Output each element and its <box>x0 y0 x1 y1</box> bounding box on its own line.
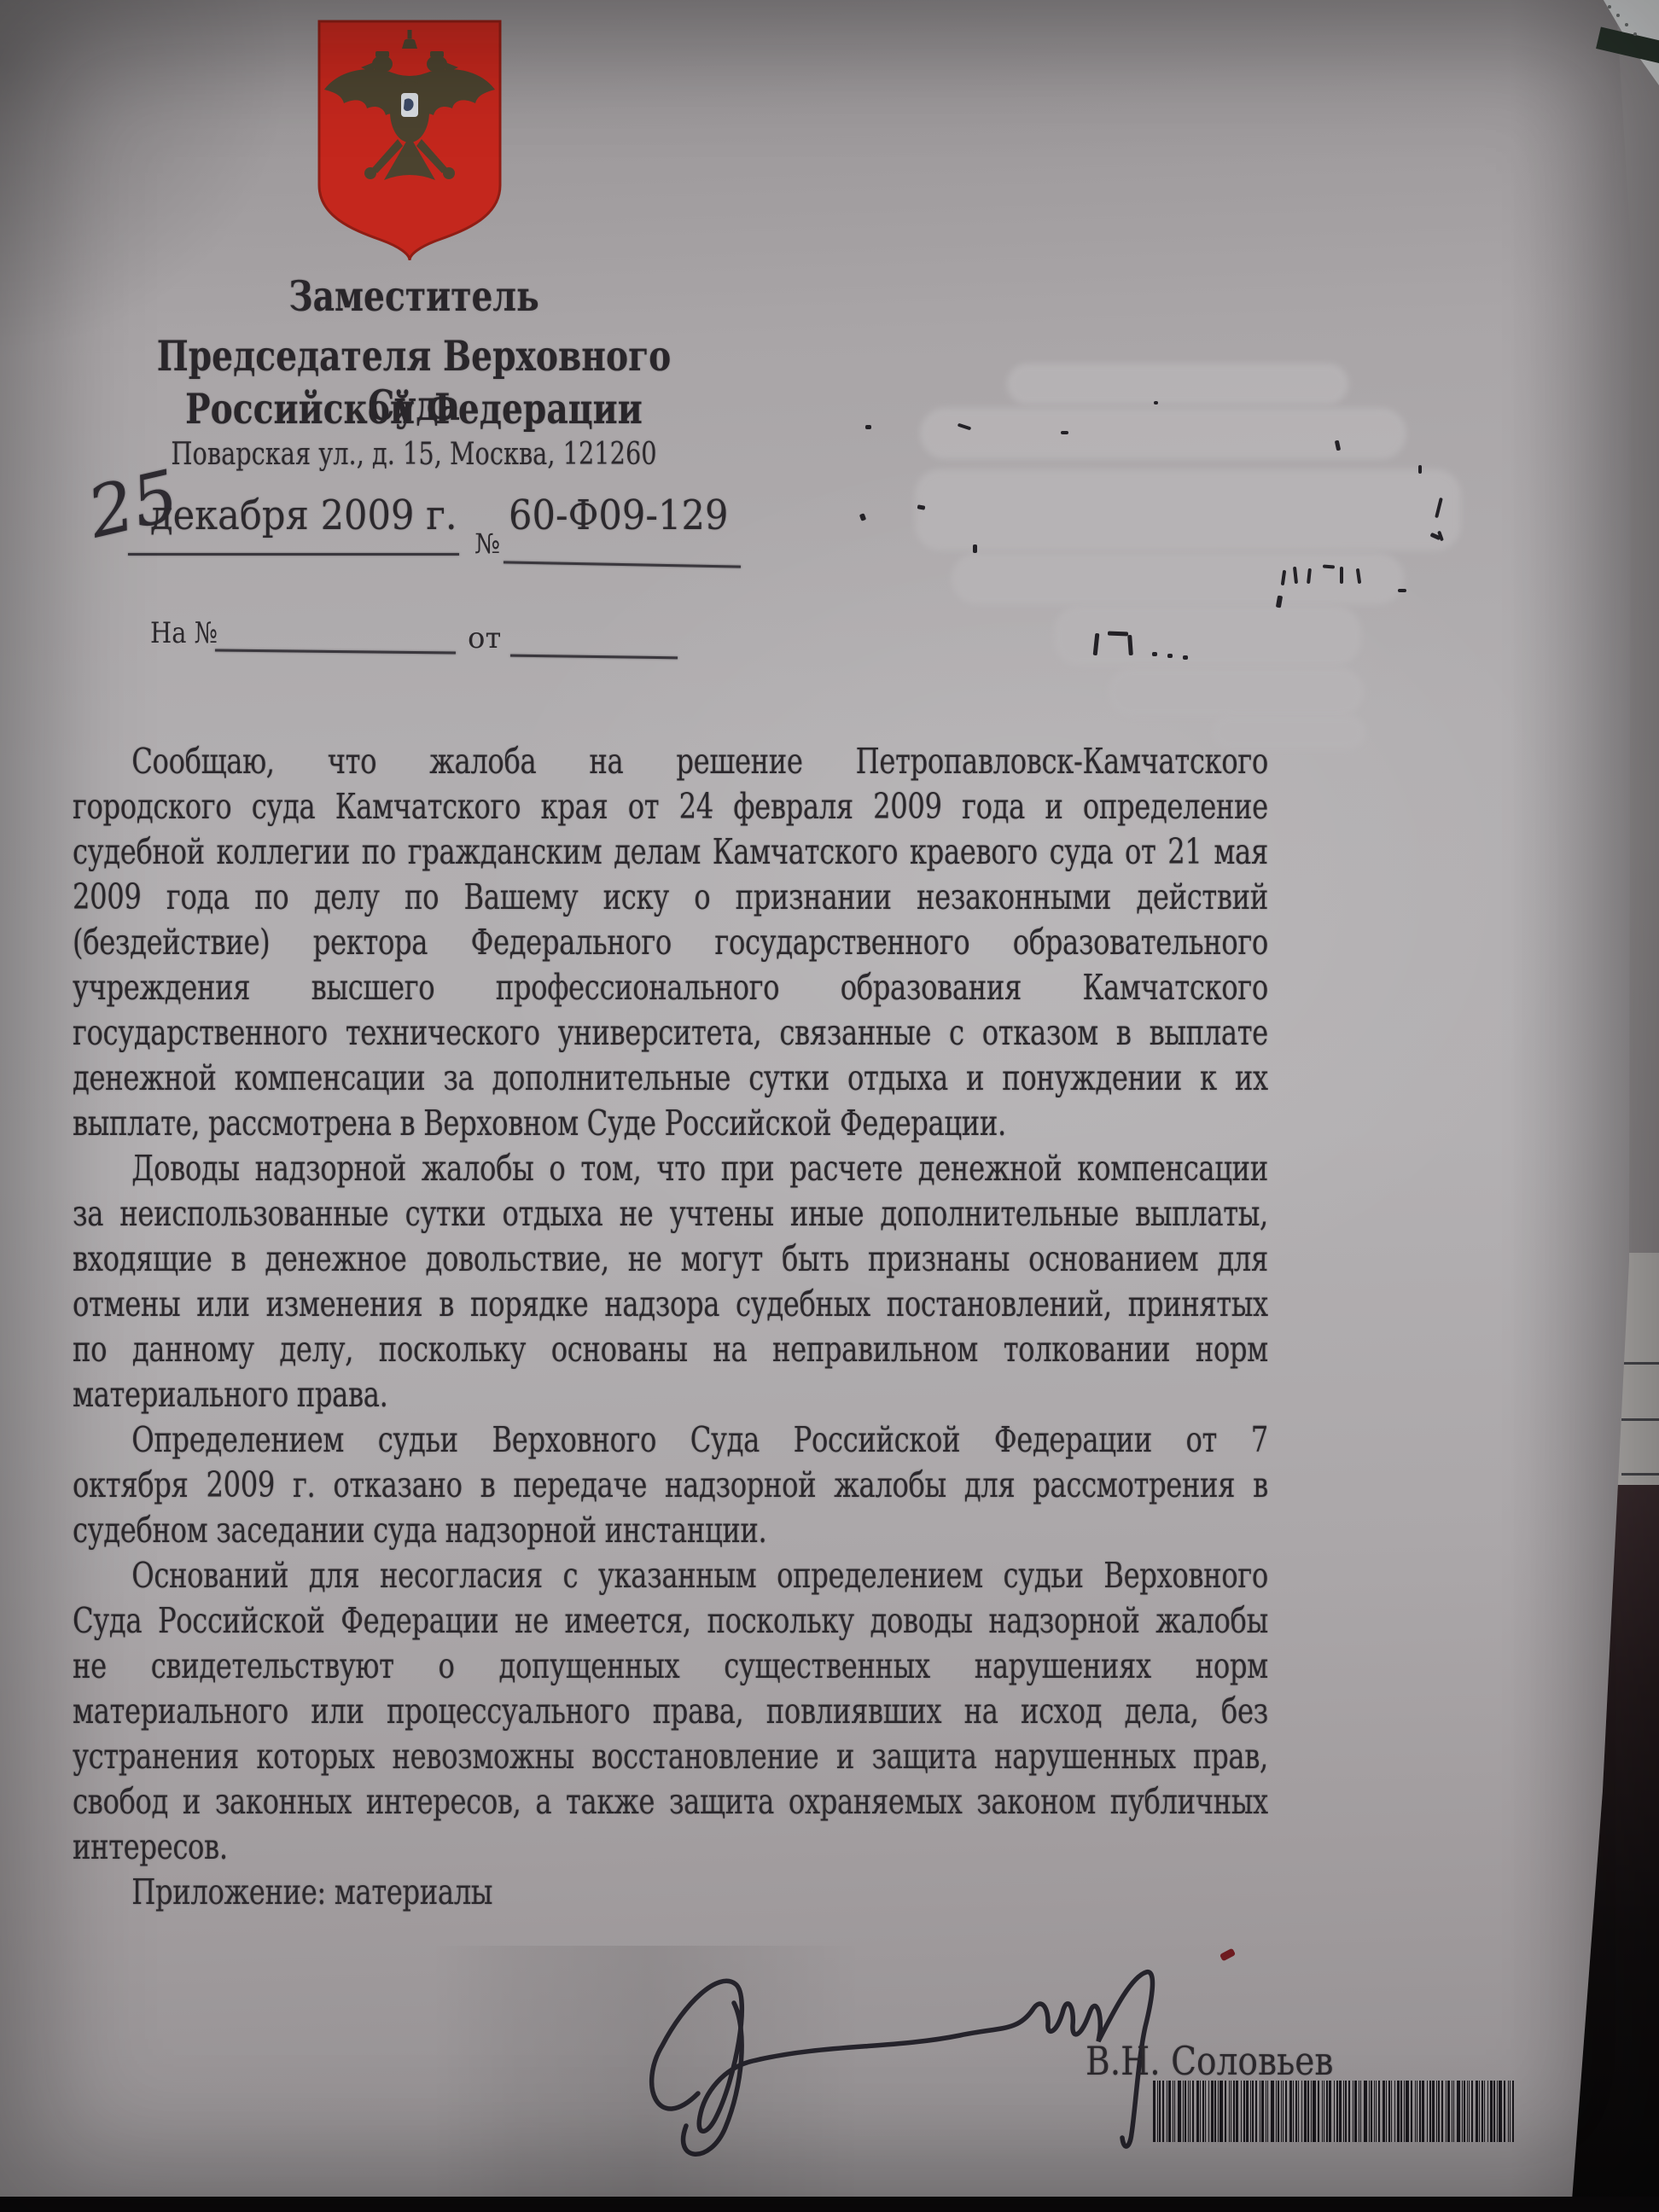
redaction-smudge <box>915 469 1461 550</box>
barcode-bar <box>1369 2081 1370 2142</box>
barcode-bar <box>1476 2081 1478 2142</box>
barcode-bar <box>1174 2081 1175 2142</box>
ink-remnant <box>1167 654 1173 658</box>
barcode-bar <box>1411 2081 1412 2142</box>
barcode-bar <box>1285 2081 1287 2142</box>
barcode-bar <box>1397 2081 1400 2142</box>
barcode-bar <box>1301 2081 1302 2142</box>
barcode-bar <box>1295 2081 1297 2142</box>
perforation-dot <box>1616 14 1620 17</box>
barcode-bar <box>1508 2081 1509 2142</box>
barcode-bar <box>1453 2081 1454 2142</box>
barcode-bar <box>1233 2081 1235 2142</box>
barcode-bar <box>1364 2081 1367 2142</box>
barcode-bar <box>1246 2081 1249 2142</box>
reference-from-underline <box>510 655 678 660</box>
barcode-bar <box>1457 2081 1460 2142</box>
barcode-bar <box>1168 2081 1171 2142</box>
reference-underline <box>215 649 456 655</box>
barcode-bar <box>1225 2081 1226 2142</box>
barcode-bar <box>1313 2081 1316 2142</box>
ink-remnant <box>1418 465 1422 474</box>
barcode-bar <box>1464 2081 1465 2142</box>
barcode-bar <box>1200 2081 1201 2142</box>
russia-coat-of-arms-icon <box>314 17 505 263</box>
barcode-bar <box>1311 2081 1312 2142</box>
date-underline <box>128 553 459 556</box>
barcode-bar <box>1271 2081 1274 2142</box>
barcode-bar <box>1394 2081 1395 2142</box>
barcode-bar <box>1267 2081 1268 2142</box>
barcode-bar <box>1324 2081 1324 2142</box>
barcode-bar <box>1490 2081 1493 2142</box>
ink-remnant <box>1398 589 1406 592</box>
redaction-smudge <box>1108 667 1364 717</box>
barcode-bar <box>1304 2081 1307 2142</box>
barcode-bar <box>1208 2081 1209 2142</box>
barcode-bar <box>1493 2081 1495 2142</box>
ink-remnant <box>865 425 871 429</box>
barcode-bar <box>1429 2081 1431 2142</box>
body-line: Оснований для несогласия с указанным опр… <box>73 1553 1268 1598</box>
ink-remnant <box>1152 652 1157 656</box>
barcode-bar <box>1359 2081 1359 2142</box>
barcode <box>1153 2081 1523 2142</box>
barcode-bar <box>1334 2081 1335 2142</box>
barcode-bar <box>1391 2081 1392 2142</box>
barcode-bar <box>1266 2081 1266 2142</box>
barcode-bar <box>1481 2081 1483 2142</box>
ink-remnant <box>1108 632 1128 637</box>
barcode-bar <box>1231 2081 1231 2142</box>
barcode-bar <box>1446 2081 1447 2142</box>
perforation-dot <box>1608 5 1611 9</box>
redaction-smudge <box>1007 364 1348 405</box>
perforation-dot <box>1633 32 1637 36</box>
barcode-bar <box>1438 2081 1440 2142</box>
body-line: выплате, рассмотрена в Верховном Суде Ро… <box>73 1101 1268 1146</box>
body-line: входящие в денежное довольствие, не могу… <box>73 1237 1268 1282</box>
body-line: по данному делу, поскольку основаны на н… <box>73 1327 1268 1372</box>
barcode-bar <box>1422 2081 1424 2142</box>
barcode-bar <box>1298 2081 1299 2142</box>
ink-remnant <box>1340 567 1343 584</box>
barcode-bar <box>1329 2081 1331 2142</box>
barcode-bar <box>1318 2081 1319 2142</box>
redaction-smudge <box>952 553 1404 604</box>
barcode-bar <box>1441 2081 1443 2142</box>
barcode-bar <box>1211 2081 1214 2142</box>
barcode-bar <box>1452 2081 1452 2142</box>
barcode-bar <box>1419 2081 1421 2142</box>
barcode-bar <box>1276 2081 1277 2142</box>
barcode-bar <box>1415 2081 1416 2142</box>
letterhead-title-line1: Заместитель <box>120 271 707 321</box>
barcode-bar <box>1188 2081 1189 2142</box>
barcode-bar <box>1400 2081 1402 2142</box>
barcode-bar <box>1153 2081 1155 2142</box>
barcode-bar <box>1512 2081 1514 2142</box>
body-line: интересов. <box>73 1825 1268 1870</box>
barcode-bar <box>1196 2081 1199 2142</box>
body-line: государственного технического университе… <box>73 1010 1268 1056</box>
body-line: судебной коллегии по гражданским делам К… <box>73 829 1268 875</box>
barcode-bar <box>1190 2081 1190 2142</box>
body-line: Определением судьи Верховного Суда Росси… <box>73 1417 1268 1463</box>
body-line: денежной компенсации за дополнительные с… <box>73 1056 1268 1101</box>
notebook-corner <box>1584 0 1659 85</box>
barcode-bar <box>1261 2081 1264 2142</box>
barcode-bar <box>1374 2081 1375 2142</box>
signer-name: В.Н. Соловьев <box>1086 2038 1333 2084</box>
body-line: материального права. <box>73 1372 1268 1417</box>
number-sign: № <box>474 527 500 560</box>
barcode-bar <box>1484 2081 1485 2142</box>
barcode-bar <box>1499 2081 1502 2142</box>
barcode-bar <box>1205 2081 1206 2142</box>
barcode-bar <box>1220 2081 1223 2142</box>
barcode-bar <box>1417 2081 1417 2142</box>
barcode-bar <box>1293 2081 1294 2142</box>
barcode-bar <box>1386 2081 1387 2142</box>
barcode-bar <box>1348 2081 1350 2142</box>
barcode-bar <box>1236 2081 1238 2142</box>
barcode-bar <box>1354 2081 1357 2142</box>
ink-remnant <box>859 513 866 521</box>
barcode-bar <box>1339 2081 1342 2142</box>
body-line: свобод и законных интересов, а также защ… <box>73 1779 1268 1825</box>
body-line: учреждения высшего профессионального обр… <box>73 965 1268 1010</box>
perforation-dot <box>1625 23 1628 26</box>
barcode-bar <box>1167 2081 1167 2142</box>
body-line: Доводы надзорной жалобы о том, что при р… <box>73 1146 1268 1191</box>
barcode-bar <box>1218 2081 1219 2142</box>
barcode-bar <box>1471 2081 1473 2142</box>
barcode-bar <box>1326 2081 1328 2142</box>
body-line: устранения которых невозможны восстановл… <box>73 1734 1268 1779</box>
barcode-bar <box>1185 2081 1186 2142</box>
barcode-bar <box>1214 2081 1216 2142</box>
date-printed: декабря 2009 г. <box>150 492 457 539</box>
photo-bottom-edge <box>0 2197 1659 2212</box>
notepad-rule-line <box>1621 1473 1659 1476</box>
barcode-bar <box>1336 2081 1338 2142</box>
barcode-bar <box>1432 2081 1435 2142</box>
body-line: Суда Российской Федерации не имеется, по… <box>73 1598 1268 1644</box>
barcode-bar <box>1479 2081 1480 2142</box>
barcode-bar <box>1157 2081 1158 2142</box>
redaction-smudge <box>1054 606 1361 666</box>
body-line: (бездействие) ректора Федерального госуд… <box>73 920 1268 965</box>
barcode-bar <box>1436 2081 1437 2142</box>
ink-remnant <box>1183 655 1188 660</box>
letter-body: Сообщаю, что жалоба на решение Петропавл… <box>73 739 1268 1915</box>
barcode-bar <box>1192 2081 1194 2142</box>
reference-from-label: от <box>468 621 501 655</box>
barcode-bar <box>1378 2081 1380 2142</box>
body-line: не свидетельствуют о допущенных существе… <box>73 1644 1268 1689</box>
barcode-bar <box>1229 2081 1230 2142</box>
redaction-smudge <box>920 408 1406 459</box>
body-line: Сообщаю, что жалоба на решение Петропавл… <box>73 739 1268 784</box>
barcode-bar <box>1406 2081 1409 2142</box>
ink-remnant <box>973 544 977 553</box>
body-line: 2009 года по делу по Вашему иску о призн… <box>73 875 1268 920</box>
letter-paper: Заместитель Председателя Верховного Суда… <box>0 0 1659 2212</box>
barcode-bar <box>1252 2081 1254 2142</box>
barcode-bar <box>1376 2081 1377 2142</box>
barcode-bar <box>1159 2081 1161 2142</box>
barcode-bar <box>1462 2081 1463 2142</box>
ink-remnant <box>1154 401 1158 405</box>
barcode-bar <box>1289 2081 1292 2142</box>
barcode-bar <box>1447 2081 1450 2142</box>
barcode-bar <box>1243 2081 1245 2142</box>
barcode-bar <box>1250 2081 1251 2142</box>
barcode-bar <box>1202 2081 1204 2142</box>
letterhead-title-line3: Российской Федерации <box>120 384 707 434</box>
barcode-bar <box>1388 2081 1390 2142</box>
body-line: отмены или изменения в порядке надзора с… <box>73 1282 1268 1327</box>
barcode-bar <box>1382 2081 1385 2142</box>
barcode-bar <box>1404 2081 1405 2142</box>
barcode-bar <box>1504 2081 1505 2142</box>
barcode-bar <box>1487 2081 1488 2142</box>
barcode-bar <box>1353 2081 1353 2142</box>
reference-label: На № <box>150 616 218 650</box>
barcode-bar <box>1283 2081 1284 2142</box>
body-line: Приложение: материалы <box>73 1870 1268 1915</box>
notepad-rule-line <box>1621 1418 1659 1421</box>
letterhead-address: Поварская ул., д. 15, Москва, 121260 <box>120 437 707 472</box>
body-line: городского суда Камчатского края от 24 ф… <box>73 784 1268 829</box>
barcode-bar <box>1260 2081 1260 2142</box>
outgoing-number: 60-Ф09-129 <box>509 492 728 539</box>
notepad-rule-line <box>1621 1362 1659 1365</box>
barcode-bar <box>1427 2081 1428 2142</box>
barcode-bar <box>1178 2081 1181 2142</box>
barcode-bar <box>1510 2081 1511 2142</box>
barcode-bar <box>1183 2081 1184 2142</box>
barcode-bar <box>1281 2081 1282 2142</box>
ink-remnant <box>1061 431 1068 434</box>
barcode-bar <box>1322 2081 1323 2142</box>
body-line: судебном заседании суда надзорной инстан… <box>73 1508 1268 1553</box>
barcode-bar <box>1241 2081 1242 2142</box>
body-line: за неиспользованные сутки отдыха не учте… <box>73 1191 1268 1237</box>
barcode-bar <box>1343 2081 1344 2142</box>
barcode-bar <box>1162 2081 1164 2142</box>
barcode-bar <box>1497 2081 1498 2142</box>
number-underline <box>504 561 741 568</box>
barcode-bar <box>1173 2081 1173 2142</box>
barcode-bar <box>1469 2081 1470 2142</box>
barcode-bar <box>1255 2081 1257 2142</box>
barcode-bar <box>1360 2081 1361 2142</box>
barcode-bar <box>1345 2081 1347 2142</box>
body-line: октября 2009 г. отказано в передаче надз… <box>73 1463 1268 1508</box>
photo-frame: Заместитель Председателя Верховного Суда… <box>0 0 1659 2212</box>
barcode-bar <box>1467 2081 1468 2142</box>
barcode-bar <box>1371 2081 1372 2142</box>
body-line: материального или процессуального права,… <box>73 1689 1268 1734</box>
barcode-bar <box>1307 2081 1309 2142</box>
barcode-bar <box>1278 2081 1279 2142</box>
